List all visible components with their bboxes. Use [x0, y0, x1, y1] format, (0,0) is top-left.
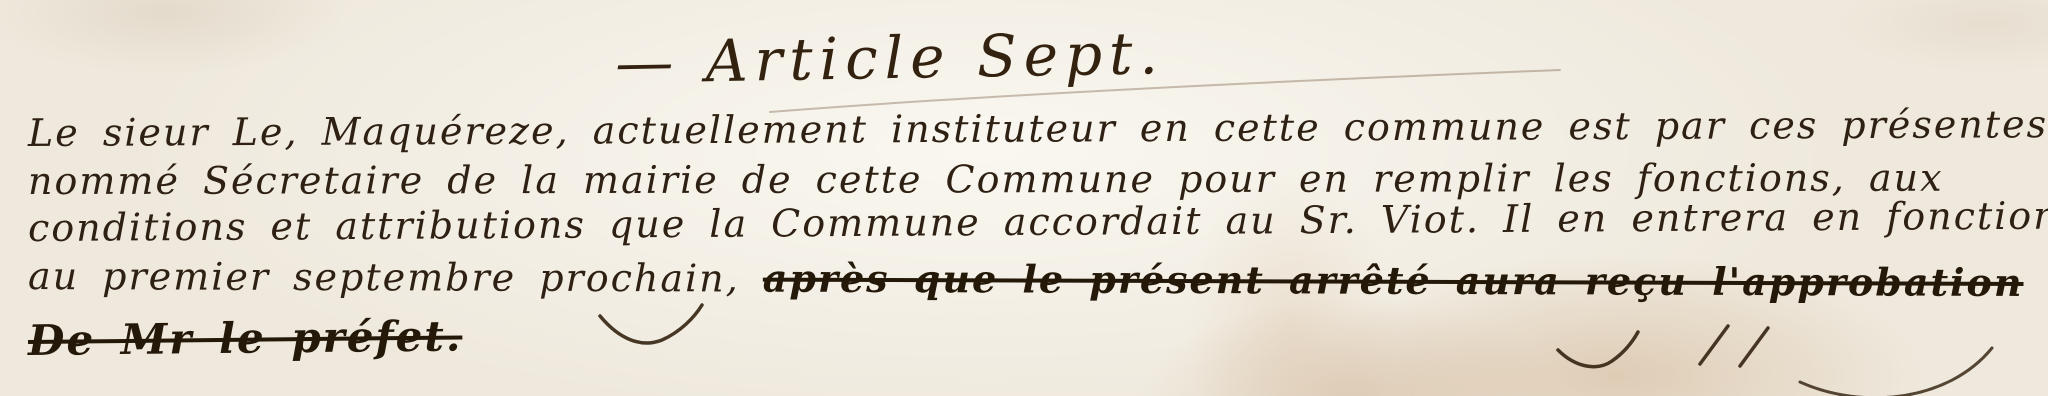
- pen-check-icon: [1558, 332, 1638, 367]
- pen-slash-icon: [1740, 328, 1768, 366]
- pen-flourish: [1800, 348, 1992, 396]
- line-text: Le sieur Le, Maquéreze, actuellement ins…: [28, 102, 2048, 155]
- struck-text: De Mr le préfet.: [28, 311, 463, 365]
- manuscript-line: Le sieur Le, Maquéreze, actuellement ins…: [28, 101, 2048, 155]
- pen-check-icon: [600, 305, 702, 343]
- line-text: au premier septembre prochain,: [28, 254, 763, 301]
- manuscript-line: au premier septembre prochain, après que…: [28, 253, 2024, 305]
- struck-text: après que le présent arrêté aura reçu l'…: [763, 256, 2024, 305]
- manuscript-line: De Mr le préfet.: [28, 311, 463, 365]
- pen-slash-icon: [1700, 326, 1728, 364]
- article-title: — Article Sept.: [615, 19, 1166, 97]
- manuscript-page: — Article Sept. Le sieur Le, Maquéreze, …: [0, 0, 2048, 396]
